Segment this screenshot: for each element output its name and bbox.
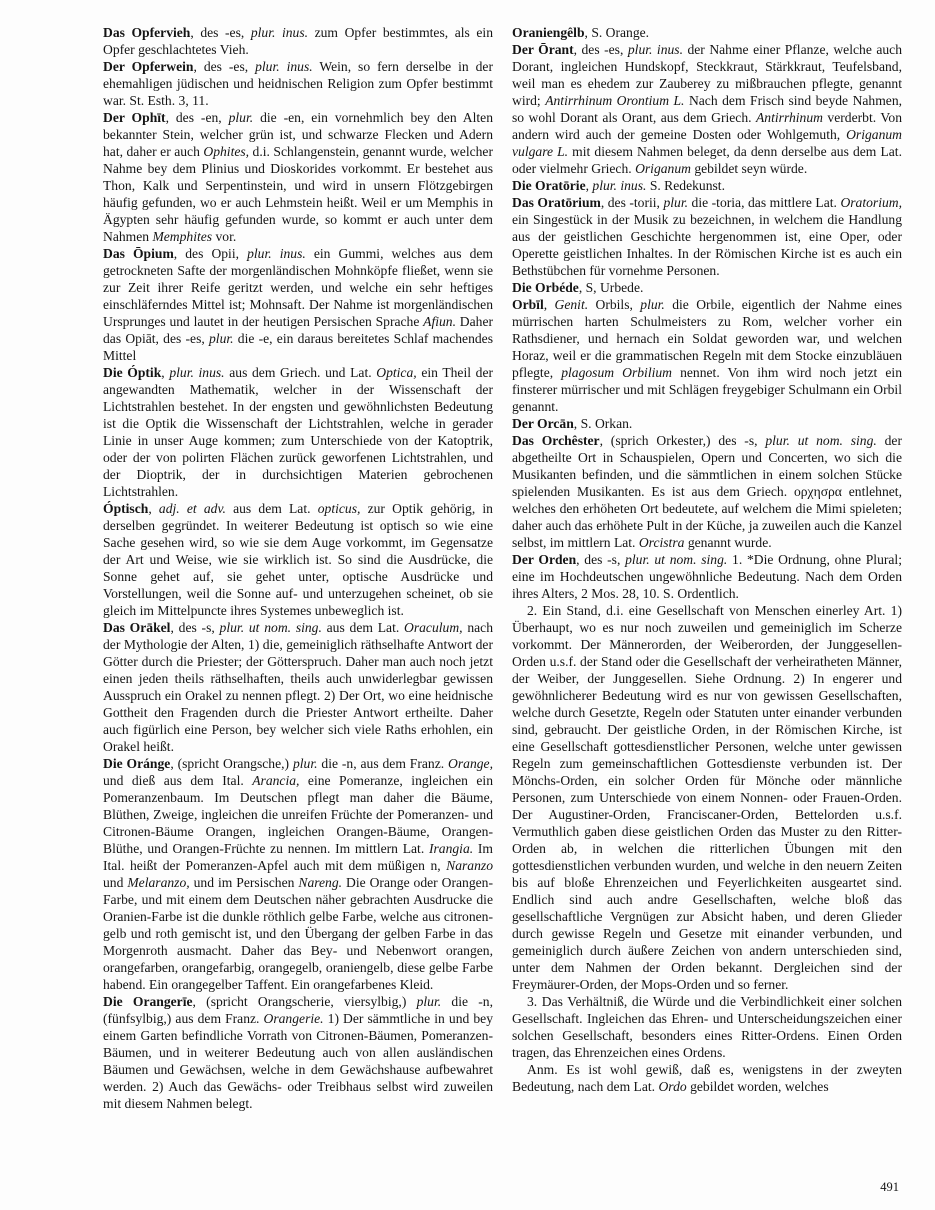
entry-latin-term: Orange, — [448, 756, 493, 771]
dictionary-entry: Oraniengêlb, S. Orange. — [512, 24, 902, 41]
entry-text: 2. Ein Stand, d.i. eine Gesellschaft von… — [512, 603, 902, 992]
entry-text: , (spricht Orangscherie, viersylbig,) — [193, 994, 417, 1009]
entry-text: die -n, aus dem Franz. — [318, 756, 449, 771]
dictionary-entry: 3. Das Verhältniß, die Würde und die Ver… — [512, 993, 902, 1061]
entry-headword: Die Orbéde — [512, 280, 579, 295]
right-column: Oraniengêlb, S. Orange.Der Ōrant, des -e… — [512, 24, 902, 1112]
entry-latin-term: Optica, — [376, 365, 416, 380]
dictionary-entry: 2. Ein Stand, d.i. eine Gesellschaft von… — [512, 602, 902, 993]
entry-headword: Oraniengêlb — [512, 25, 585, 40]
entry-text: aus dem Griech. und Lat. — [225, 365, 377, 380]
entry-text: S. Redekunst. — [646, 178, 725, 193]
entry-text: ein Theil der angewandten Mathematik, we… — [103, 365, 493, 499]
entry-latin-term: Oratorium, — [840, 195, 902, 210]
entry-latin-term: plur. ut nom. sing. — [220, 620, 322, 635]
dictionary-entry: Das Oratōrium, des -torii, plur. die -to… — [512, 194, 902, 279]
entry-text: genannt wurde. — [684, 535, 771, 550]
dictionary-entry: Die Orangerīe, (spricht Orangscherie, vi… — [103, 993, 493, 1112]
dictionary-entry: Das Opfervieh, des -es, plur. inus. zum … — [103, 24, 493, 58]
entry-text: , S. Orkan. — [574, 416, 633, 431]
entry-text: 1) Der sämmtliche in und bey einem Garte… — [103, 1011, 493, 1111]
entry-latin-term: plur. — [229, 110, 254, 125]
entry-text: die -toria, das mittlere Lat. — [688, 195, 840, 210]
entry-latin-term: Melaranzo, — [127, 875, 189, 890]
entry-latin-term: Genit. — [555, 297, 589, 312]
entry-latin-term: Arancia, — [252, 773, 299, 788]
page-number: 491 — [880, 1180, 899, 1195]
entry-headword: Die Óptik — [103, 365, 161, 380]
entry-headword: Orbīl — [512, 297, 544, 312]
entry-text: , S, Urbede. — [579, 280, 644, 295]
entry-latin-term: plur. ut nom. sing. — [625, 552, 727, 567]
entry-text: , des -es, — [194, 59, 256, 74]
entry-latin-term: Ordo — [658, 1079, 686, 1094]
entry-latin-term: plur. — [663, 195, 688, 210]
entry-headword: Das Orchêster — [512, 433, 600, 448]
entry-latin-term: Irangia. — [429, 841, 473, 856]
entry-text: , des -s, — [576, 552, 625, 567]
entry-headword: Das Orākel — [103, 620, 170, 635]
entry-latin-term: plur. inus. — [251, 25, 308, 40]
dictionary-entry: Anm. Es ist wohl gewiß, daß es, wenigste… — [512, 1061, 902, 1095]
dictionary-entry: Orbīl, Genit. Orbils, plur. die Orbile, … — [512, 296, 902, 415]
entry-latin-term: opticus, — [318, 501, 361, 516]
entry-text: , (sprich Orkester,) des -s, — [600, 433, 766, 448]
entry-headword: Das Ōpium — [103, 246, 174, 261]
entry-headword: Die Orangerīe — [103, 994, 193, 1009]
left-column: Das Opfervieh, des -es, plur. inus. zum … — [103, 24, 493, 1112]
dictionary-entry: Das Orākel, des -s, plur. ut nom. sing. … — [103, 619, 493, 755]
entry-text: 3. Das Verhältniß, die Würde und die Ver… — [512, 994, 902, 1060]
entry-headword: Das Oratōrium — [512, 195, 601, 210]
entry-text: und — [103, 875, 127, 890]
dictionary-entry: Die Orbéde, S, Urbede. — [512, 279, 902, 296]
entry-text: und im Persischen — [190, 875, 299, 890]
entry-headword: Óptisch — [103, 501, 148, 516]
entry-latin-term: plur. inus. — [592, 178, 646, 193]
entry-text: , des -en, — [166, 110, 229, 125]
entry-latin-term: Nareng. — [298, 875, 342, 890]
entry-text: , des -torii, — [601, 195, 664, 210]
entry-latin-term: plur. ut nom. sing. — [765, 433, 876, 448]
entry-text: ein Singestück in der Musik zu bezeichne… — [512, 212, 902, 278]
entry-latin-term: Naranzo — [446, 858, 493, 873]
entry-latin-term: Antirrhinum Orontium L. — [545, 93, 684, 108]
entry-latin-term: Orangerie. — [264, 1011, 324, 1026]
dictionary-entry: Der Orden, des -s, plur. ut nom. sing. 1… — [512, 551, 902, 602]
dictionary-entry: Der Opferwein, des -es, plur. inus. Wein… — [103, 58, 493, 109]
entry-latin-term: plur. — [293, 756, 318, 771]
dictionary-entry: Das Ōpium, des Opii, plur. inus. ein Gum… — [103, 245, 493, 364]
entry-latin-term: Memphites — [152, 229, 212, 244]
entry-headword: Der Orden — [512, 552, 576, 567]
dictionary-entry: Der Ophīt, des -en, plur. die -en, ein v… — [103, 109, 493, 245]
entry-text: zur Optik gehörig, in derselben gegründe… — [103, 501, 493, 618]
dictionary-entry: Die Óptik, plur. inus. aus dem Griech. u… — [103, 364, 493, 500]
dictionary-entry: Das Orchêster, (sprich Orkester,) des -s… — [512, 432, 902, 551]
dictionary-entry: Der Orcān, S. Orkan. — [512, 415, 902, 432]
entry-headword: Der Opferwein — [103, 59, 194, 74]
entry-text: Die Orange oder Orangen-Farbe, und mit e… — [103, 875, 493, 992]
entry-latin-term: plagosum Orbilium — [561, 365, 672, 380]
entry-latin-term: plur. inus. — [169, 365, 224, 380]
entry-text: , des Opii, — [174, 246, 247, 261]
entry-latin-term: adj. et adv. — [159, 501, 226, 516]
entry-text: vor. — [212, 229, 236, 244]
entry-text: Orbils, — [588, 297, 640, 312]
entry-latin-term: Orcistra — [639, 535, 685, 550]
entry-text: der abgetheilte Ort in Schauspielen, Ope… — [512, 433, 902, 550]
entry-latin-term: Ophites, — [203, 144, 249, 159]
entry-text: , des -es, — [574, 42, 628, 57]
dictionary-entry: Der Ōrant, des -es, plur. inus. der Nahm… — [512, 41, 902, 177]
dictionary-page: Das Opfervieh, des -es, plur. inus. zum … — [0, 0, 935, 1210]
entry-latin-term: plur. inus. — [247, 246, 306, 261]
dictionary-entry: Die Oratōrie, plur. inus. S. Redekunst. — [512, 177, 902, 194]
entry-latin-term: Antirrhinum — [756, 110, 823, 125]
entry-latin-term: plur. inus. — [628, 42, 683, 57]
entry-text: , des -s, — [170, 620, 219, 635]
entry-headword: Der Orcān — [512, 416, 574, 431]
entry-text: , S. Orange. — [585, 25, 650, 40]
entry-text: , — [544, 297, 555, 312]
entry-headword: Die Oratōrie — [512, 178, 586, 193]
entry-text: aus dem Lat. — [322, 620, 404, 635]
entry-latin-term: Origanum — [635, 161, 691, 176]
entry-latin-term: plur. inus. — [255, 59, 313, 74]
entry-latin-term: plur. — [640, 297, 665, 312]
dictionary-entry: Óptisch, adj. et adv. aus dem Lat. optic… — [103, 500, 493, 619]
entry-latin-term: Afiun. — [423, 314, 456, 329]
entry-text: aus dem Lat. — [226, 501, 318, 516]
entry-latin-term: Oraculum, — [404, 620, 463, 635]
entry-text: und dieß aus dem Ital. — [103, 773, 252, 788]
entry-latin-term: plur. — [209, 331, 234, 346]
entry-latin-term: plur. — [417, 994, 442, 1009]
entry-text: , — [148, 501, 159, 516]
page-content: Das Opfervieh, des -es, plur. inus. zum … — [103, 24, 902, 1112]
entry-headword: Der Ophīt — [103, 110, 166, 125]
entry-text: , (spricht Orangsche,) — [170, 756, 293, 771]
entry-headword: Die Oránge — [103, 756, 170, 771]
entry-headword: Der Ōrant — [512, 42, 574, 57]
entry-headword: Das Opfervieh — [103, 25, 190, 40]
entry-text: gebildet seyn würde. — [691, 161, 807, 176]
dictionary-entry: Die Oránge, (spricht Orangsche,) plur. d… — [103, 755, 493, 993]
entry-text: , des -es, — [190, 25, 250, 40]
entry-text: gebildet worden, welches — [687, 1079, 829, 1094]
entry-text: nach der Mythologie der Alten, 1) die, g… — [103, 620, 493, 754]
